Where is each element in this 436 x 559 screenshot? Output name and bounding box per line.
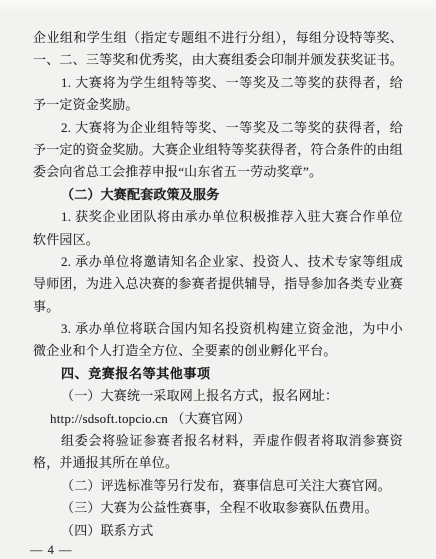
paragraph-line: （二）评选标准等另行发布，赛事信息可关注大赛官网。 bbox=[33, 475, 403, 497]
paragraph-line: 组委会将验证参赛者报名材料，弄虚作假者将取消参赛资 bbox=[33, 430, 403, 452]
subsection-heading: （二）大赛配套政策及服务 bbox=[33, 184, 403, 206]
paragraph-line: （三）大赛为公益性赛事，全程不收取参赛队伍费用。 bbox=[33, 497, 403, 519]
paragraph-line: 软件园区。 bbox=[33, 229, 403, 251]
paragraph-line: 予一定资金奖励。 bbox=[33, 94, 403, 116]
document-page: 企业组和学生组（指定专题组不进行分组），每组分设特等奖、 一、二、三等奖和优秀奖… bbox=[0, 0, 436, 559]
paragraph-line: 事。 bbox=[33, 296, 403, 318]
paragraph-line: （四）联系方式 bbox=[33, 520, 403, 542]
paragraph-line: 企业组和学生组（指定专题组不进行分组），每组分设特等奖、 bbox=[33, 27, 403, 49]
numbered-item-line: 1. 大赛将为学生组特等奖、一等奖及二等奖的获得者，给 bbox=[33, 72, 403, 94]
numbered-item-line: 3. 承办单位将联合国内知名投资机构建立资金池，为中小 bbox=[33, 318, 403, 340]
paragraph-line: 一、二、三等奖和优秀奖，由大赛组委会印制并颁发获奖证书。 bbox=[33, 49, 403, 71]
paragraph-line: 导师团，为进入总决赛的参赛者提供辅导，指导参加各类专业赛 bbox=[33, 273, 403, 295]
paragraph-line: （一）大赛统一采取网上报名方式，报名网址： bbox=[33, 385, 403, 407]
paragraph-line: 予一定的资金奖励。大赛企业组特等奖获得者，符合条件的由组 bbox=[33, 139, 403, 161]
registration-url: http://sdsoft.topcio.cn （大赛官网） bbox=[33, 408, 403, 430]
paragraph-line: 格，并通报其所在单位。 bbox=[33, 452, 403, 474]
paragraph-line: 微企业和个人打造全方位、全要素的创业孵化平台。 bbox=[33, 340, 403, 362]
numbered-item-line: 2. 大赛将为企业组特等奖、一等奖及二等奖的获得者，给 bbox=[33, 117, 403, 139]
section-heading: 四、竞赛报名等其他事项 bbox=[33, 363, 403, 385]
numbered-item-line: 2. 承办单位将邀请知名企业家、投资人、技术专家等组成 bbox=[33, 251, 403, 273]
paragraph-line: 委会向省总工会推荐申报“山东省五一劳动奖章”。 bbox=[33, 161, 403, 183]
page-number: — 4 — bbox=[30, 542, 403, 558]
numbered-item-line: 1. 获奖企业团队将由承办单位积极推荐入驻大赛合作单位 bbox=[33, 206, 403, 228]
